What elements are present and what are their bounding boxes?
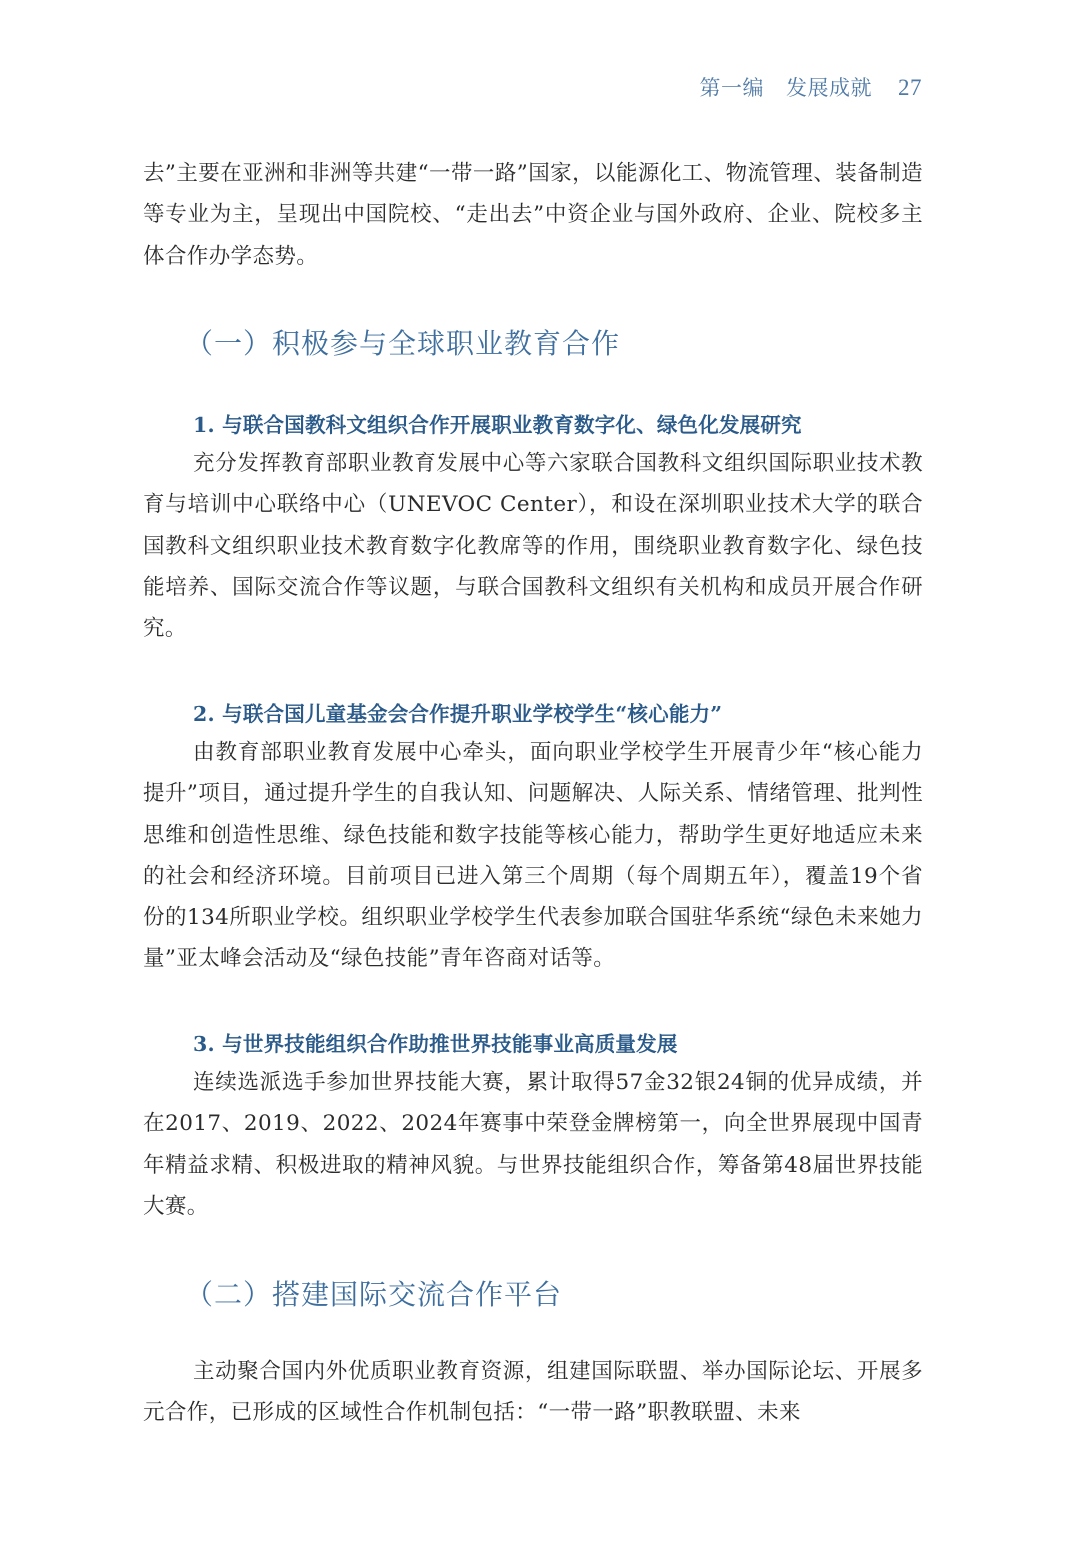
- section-heading-2: （二）搭建国际交流合作平台: [185, 1273, 562, 1313]
- running-head: 第一编发展成就27: [700, 72, 923, 102]
- subsection-heading-1-2: 2. 与联合国儿童基金会合作提升职业学校学生“核心能力”: [193, 697, 722, 727]
- subsection-body-1-1: 充分发挥教育部职业教育发展中心等六家联合国教科文组织国际职业技术教育与培训中心联…: [143, 443, 923, 649]
- intro-paragraph: 去”主要在亚洲和非洲等共建“一带一路”国家，以能源化工、物流管理、装备制造等专业…: [143, 153, 923, 277]
- intro-block: 去”主要在亚洲和非洲等共建“一带一路”国家，以能源化工、物流管理、装备制造等专业…: [143, 153, 923, 277]
- section-heading-1: （一）积极参与全球职业教育合作: [185, 322, 620, 362]
- subsection-heading-1-1: 1. 与联合国教科文组织合作开展职业教育数字化、绿色化发展研究: [193, 408, 802, 438]
- subsection-body-1-3-block: 连续选派选手参加世界技能大赛，累计取得57金32银24铜的优异成绩，并在2017…: [143, 1062, 923, 1227]
- section-body-2: 主动聚合国内外优质职业教育资源，组建国际联盟、举办国际论坛、开展多元合作，已形成…: [143, 1351, 923, 1434]
- subsection-heading-1-3: 3. 与世界技能组织合作助推世界技能事业高质量发展: [193, 1027, 678, 1057]
- subsection-body-1-1-block: 充分发挥教育部职业教育发展中心等六家联合国教科文组织国际职业技术教育与培训中心联…: [143, 443, 923, 649]
- subsection-body-1-2: 由教育部职业教育发展中心牵头，面向职业学校学生开展青少年“核心能力提升”项目，通…: [143, 732, 923, 980]
- section-label: 发展成就: [786, 72, 872, 102]
- section-body-2-block: 主动聚合国内外优质职业教育资源，组建国际联盟、举办国际论坛、开展多元合作，已形成…: [143, 1351, 923, 1434]
- subsection-body-1-3: 连续选派选手参加世界技能大赛，累计取得57金32银24铜的优异成绩，并在2017…: [143, 1062, 923, 1227]
- page-number: 27: [898, 75, 922, 101]
- subsection-body-1-2-block: 由教育部职业教育发展中心牵头，面向职业学校学生开展青少年“核心能力提升”项目，通…: [143, 732, 923, 980]
- part-label: 第一编: [700, 72, 765, 102]
